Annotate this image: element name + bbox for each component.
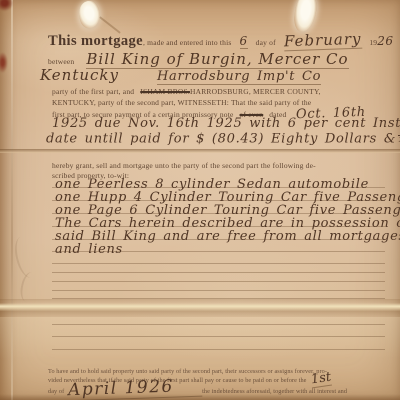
printed-text: day of [48, 388, 64, 395]
document-title: This mortgage [48, 33, 143, 49]
day-value-handwritten: 6 [240, 34, 248, 49]
property-line: and liens [55, 240, 123, 258]
printed-text: day of [256, 38, 276, 47]
printed-text: between [48, 57, 74, 66]
ruled-line [52, 349, 385, 350]
ruled-line [52, 298, 385, 299]
property-text-handwritten: and liens [55, 242, 123, 257]
ruled-line [52, 336, 385, 337]
note-line-3: date untill paid for $ (80.43) Eighty Do… [46, 127, 400, 148]
red-stain [0, 0, 13, 11]
ruled-line [52, 324, 385, 325]
paper-hole [293, 0, 319, 33]
habendum-line-3: day ofApril 1926the indebtedness aforesa… [48, 378, 347, 399]
ruled-line [52, 281, 385, 282]
ruled-line [52, 272, 385, 273]
paper-hole [76, 0, 103, 30]
ruled-line [52, 263, 385, 264]
note-amount-handwritten: date untill paid for $ (80.43) Eighty Do… [46, 132, 396, 147]
fold-crease [0, 299, 400, 317]
year-value-handwritten: 26 [377, 34, 393, 48]
deadline-date-handwritten: April 1926 [64, 376, 202, 400]
month-value-handwritten: February [284, 30, 362, 52]
mortgage-document-scan: This mortgage, made and entered into thi… [0, 0, 400, 400]
printed-text: , made and entered into this [143, 38, 232, 47]
opening-line-date: This mortgage, made and entered into thi… [48, 31, 394, 50]
printed-text: the indebtedness aforesaid, together wit… [202, 388, 347, 395]
fold-crease [0, 149, 400, 153]
ruled-line [52, 290, 385, 291]
